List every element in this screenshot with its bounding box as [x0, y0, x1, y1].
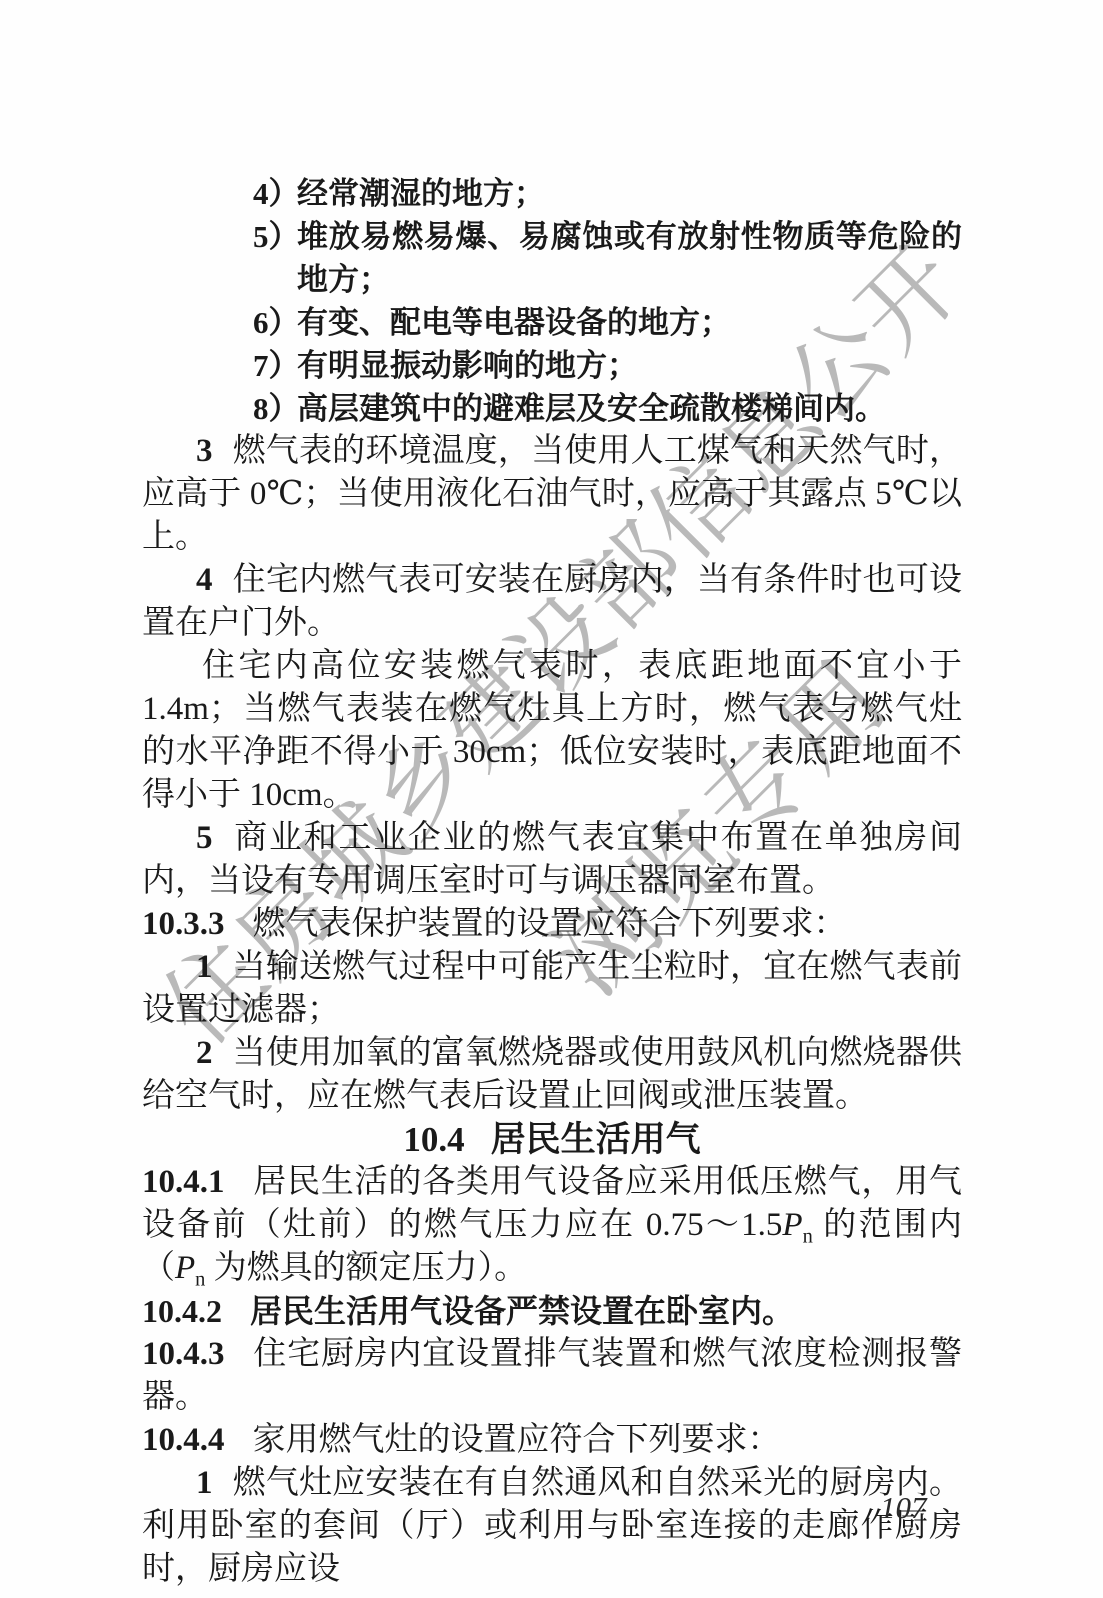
section-heading-10-4: 10.4居民生活用气 — [142, 1118, 962, 1161]
pressure-variable: P — [175, 1250, 195, 1286]
pressure-subscript: n — [195, 1269, 205, 1291]
text-body: 4） 经常潮湿的地方； 5） 堆放易燃易爆、易腐蚀或有放射性物质等危险的地方； … — [142, 172, 962, 1591]
clause-number: 10.4.2 — [142, 1293, 222, 1329]
paragraph-number: 5 — [196, 820, 213, 856]
document-page: 住房城乡建设部信息公开 浏览专用 4） 经常潮湿的地方； 5） 堆放易燃易爆、易… — [0, 0, 1103, 1598]
list-item-6: 6） 有变、配电等电器设备的地方； — [142, 301, 962, 344]
pressure-variable: P — [782, 1207, 802, 1243]
paragraph-text: 燃气灶应安装在有自然通风和自然采光的厨房内。利用卧室的套间（厅）或利用与卧室连接… — [142, 1465, 962, 1587]
subparagraph-1b: 1燃气灶应安装在有自然通风和自然采光的厨房内。利用卧室的套间（厅）或利用与卧室连… — [142, 1462, 962, 1591]
clause-number: 10.4.1 — [142, 1164, 225, 1200]
paragraph-5: 5商业和工业企业的燃气表宜集中布置在单独房间内，当设有专用调压室时可与调压器同室… — [142, 817, 962, 903]
paragraph-text: 商业和工业企业的燃气表宜集中布置在单独房间内，当设有专用调压室时可与调压器同室布… — [142, 820, 962, 899]
list-item-text: 经常潮湿的地方； — [297, 176, 545, 211]
page-number: 107 — [880, 1490, 927, 1526]
list-item-text: 有变、配电等电器设备的地方； — [297, 305, 731, 340]
paragraph-text: 住宅内燃气表可安装在厨房内，当有条件时也可设置在户门外。 — [142, 562, 962, 641]
list-item-text: 高层建筑中的避难层及安全疏散楼梯间内。 — [297, 391, 886, 426]
paragraph-text: 当输送燃气过程中可能产生尘粒时，宜在燃气表前设置过滤器； — [142, 949, 962, 1028]
clause-number: 10.4.4 — [142, 1422, 225, 1458]
paragraph-3: 3燃气表的环境温度，当使用人工煤气和天然气时，应高于 0℃；当使用液化石油气时，… — [142, 430, 962, 559]
paragraph-number: 2 — [196, 1035, 213, 1071]
paragraph-text: 燃气表的环境温度，当使用人工煤气和天然气时，应高于 0℃；当使用液化石油气时，应… — [142, 433, 962, 555]
clause-text: 家用燃气灶的设置应符合下列要求： — [253, 1422, 781, 1458]
list-item-number: 5） — [253, 215, 300, 258]
list-item-number: 8） — [253, 387, 300, 430]
paragraph-number: 1 — [196, 1465, 213, 1501]
subparagraph-2: 2当使用加氧的富氧燃烧器或使用鼓风机向燃烧器供给空气时，应在燃气表后设置止回阀或… — [142, 1032, 962, 1118]
clause-number: 10.3.3 — [142, 906, 225, 942]
section-number: 10.4 — [403, 1120, 464, 1159]
clause-10-3-3: 10.3.3燃气表保护装置的设置应符合下列要求： — [142, 903, 962, 946]
clause-text: 燃气表保护装置的设置应符合下列要求： — [253, 906, 847, 942]
paragraph-4: 4住宅内燃气表可安装在厨房内，当有条件时也可设置在户门外。 — [142, 559, 962, 645]
list-item-number: 4） — [253, 172, 300, 215]
section-title: 居民生活用气 — [491, 1120, 701, 1159]
clause-text: 住宅厨房内宜设置排气装置和燃气浓度检测报警器。 — [142, 1336, 962, 1415]
list-item-8: 8） 高层建筑中的避难层及安全疏散楼梯间内。 — [142, 387, 962, 430]
list-item-text: 有明显振动影响的地方； — [297, 348, 638, 383]
paragraph-text: 当使用加氧的富氧燃烧器或使用鼓风机向燃烧器供给空气时，应在燃气表后设置止回阀或泄… — [142, 1035, 962, 1114]
paragraph-4-continuation: 住宅内高位安装燃气表时，表底距地面不宜小于 1.4m；当燃气表装在燃气灶具上方时… — [142, 645, 962, 817]
clause-10-4-1: 10.4.1居民生活的各类用气设备应采用低压燃气，用气设备前（灶前）的燃气压力应… — [142, 1161, 962, 1290]
pressure-subscript: n — [803, 1226, 813, 1248]
clause-10-4-2: 10.4.2居民生活用气设备严禁设置在卧室内。 — [142, 1290, 962, 1333]
list-item-number: 7） — [253, 344, 300, 387]
list-item-7: 7） 有明显振动影响的地方； — [142, 344, 962, 387]
paragraph-text: 住宅内高位安装燃气表时，表底距地面不宜小于 1.4m；当燃气表装在燃气灶具上方时… — [142, 648, 962, 813]
list-item-5: 5） 堆放易燃易爆、易腐蚀或有放射性物质等危险的地方； — [142, 215, 962, 301]
clause-number: 10.4.3 — [142, 1336, 225, 1372]
paragraph-number: 1 — [196, 949, 213, 985]
list-item-number: 6） — [253, 301, 300, 344]
list-item-4: 4） 经常潮湿的地方； — [142, 172, 962, 215]
paragraph-number: 4 — [196, 562, 213, 598]
list-item-text: 堆放易燃易爆、易腐蚀或有放射性物质等危险的地方； — [297, 219, 962, 297]
clause-text: 居民生活用气设备严禁设置在卧室内。 — [250, 1293, 794, 1329]
clause-text: 为燃具的额定压力）。 — [205, 1250, 527, 1286]
paragraph-number: 3 — [196, 433, 213, 469]
clause-10-4-3: 10.4.3住宅厨房内宜设置排气装置和燃气浓度检测报警器。 — [142, 1333, 962, 1419]
subparagraph-1: 1当输送燃气过程中可能产生尘粒时，宜在燃气表前设置过滤器； — [142, 946, 962, 1032]
clause-10-4-4: 10.4.4家用燃气灶的设置应符合下列要求： — [142, 1419, 962, 1462]
